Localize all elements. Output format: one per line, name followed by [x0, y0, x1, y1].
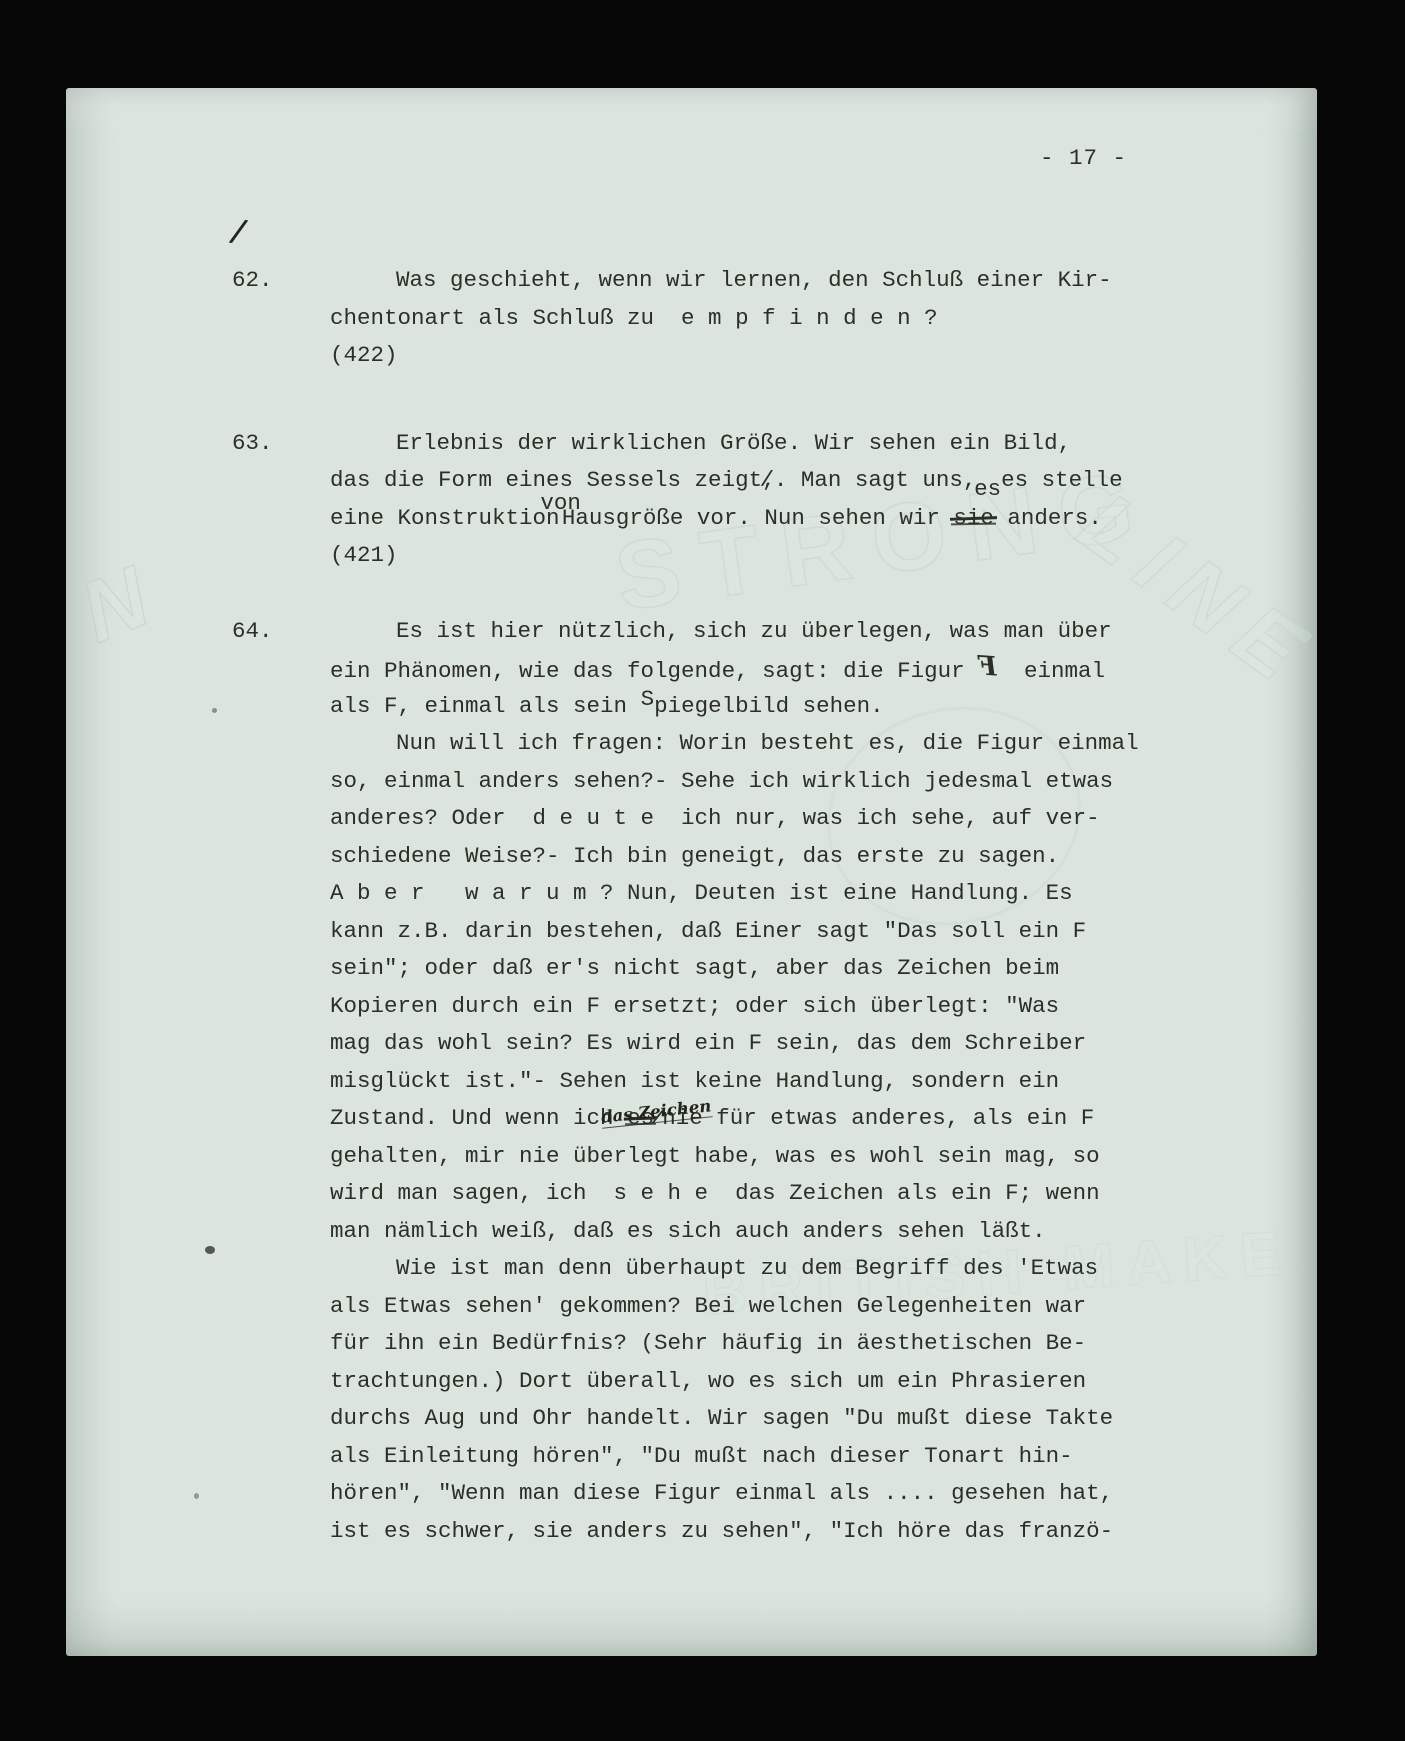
text-segment: schiedene Weise?- Ich bin geneigt, das e…	[330, 843, 1059, 869]
text-line: als F, einmal als sein Spiegelbild sehen…	[330, 688, 1252, 726]
paragraph-number: 63.	[232, 425, 330, 463]
deletion-slash: /	[759, 462, 775, 500]
text-line: ist es schwer, sie anders zu sehen", "Ic…	[330, 1513, 1252, 1551]
text-line: anderes? Oder d e u t e ich nur, was ich…	[330, 800, 1252, 838]
text-line: Nun will ich fragen: Worin besteht es, d…	[330, 725, 1252, 763]
text-segment: A b e r w a r u m ? Nun, Deuten ist eine…	[330, 880, 1073, 906]
text-line: chentonart als Schluß zu e m p f i n d e…	[330, 300, 1252, 338]
text-segment: als Einleitung hören", "Du mußt nach die…	[330, 1443, 1073, 1469]
text-line: das die Form eines Sessels zeigt,/. Man …	[330, 462, 1252, 500]
text-line: ein Phänomen, wie das folgende, sagt: di…	[330, 650, 1252, 688]
typed-above-insertion: von	[540, 485, 581, 523]
text-line: misglückt ist."- Sehen ist keine Handlun…	[330, 1063, 1252, 1101]
text-line: (422)	[330, 337, 1252, 375]
text-segment: (421)	[330, 542, 398, 568]
text-line: sein"; oder daß er's nicht sagt, aber da…	[330, 950, 1252, 988]
text-segment: . Man sagt uns,	[774, 467, 977, 493]
text-line: Was geschieht, wenn wir lernen, den Schl…	[330, 262, 1252, 300]
text-segment: Was geschieht, wenn wir lernen, den Schl…	[396, 267, 1112, 293]
text-segment: hören", "Wenn man diese Figur einmal als…	[330, 1480, 1113, 1506]
text-segment: Nun will ich fragen: Worin besteht es, d…	[396, 730, 1139, 756]
text-segment: trachtungen.) Dort überall, wo es sich u…	[330, 1368, 1086, 1394]
ink-speck	[205, 1246, 215, 1254]
text-segment: (422)	[330, 342, 398, 368]
text-segment: Wie ist man denn überhaupt zu dem Begrif…	[396, 1255, 1098, 1281]
text-line: so, einmal anders sehen?- Sehe ich wirkl…	[330, 763, 1252, 801]
text-line: A b e r w a r u m ? Nun, Deuten ist eine…	[330, 875, 1252, 913]
text-segment: anders.	[994, 505, 1102, 531]
text-segment: als Etwas sehen' gekommen? Bei welchen G…	[330, 1293, 1086, 1319]
mirrored-f-figure: F	[977, 647, 998, 686]
text-segment: eine Konstruktion	[330, 505, 560, 531]
text-segment: Hausgröße vor. Nun sehen wir	[562, 505, 954, 531]
text-line: als Einleitung hören", "Du mußt nach die…	[330, 1438, 1252, 1476]
text-line: Es ist hier nützlich, sich zu überlegen,…	[330, 613, 1252, 651]
text-segment: einmal	[997, 658, 1105, 684]
paragraph-body: Es ist hier nützlich, sich zu überlegen,…	[330, 613, 1252, 1551]
text-segment: misglückt ist."- Sehen ist keine Handlun…	[330, 1068, 1059, 1094]
struck-word: sie	[953, 500, 994, 538]
paragraph-body: Erlebnis der wirklichen Größe. Wir sehen…	[330, 425, 1252, 575]
text-segment: durchs Aug und Ohr handelt. Wir sagen "D…	[330, 1405, 1113, 1431]
text-segment: chentonart als Schluß zu e m p f i n d e…	[330, 305, 938, 331]
text-segment: gehalten, mir nie überlegt habe, was es …	[330, 1143, 1100, 1169]
raised-letter: S	[641, 681, 655, 719]
text-line: für ihn ein Bedürfnis? (Sehr häufig in ä…	[330, 1325, 1252, 1363]
text-segment: Zustand. Und wenn ich	[330, 1105, 627, 1131]
text-line: gehalten, mir nie überlegt habe, was es …	[330, 1138, 1252, 1176]
text-line: eine KonstruktionvonHausgröße vor. Nun s…	[330, 500, 1252, 538]
text-segment: piegelbild sehen.	[654, 693, 884, 719]
text-segment: Kopieren durch ein F ersetzt; oder sich …	[330, 993, 1059, 1019]
paragraph-body: Was geschieht, wenn wir lernen, den Schl…	[330, 262, 1252, 375]
text-line: Kopieren durch ein F ersetzt; oder sich …	[330, 988, 1252, 1026]
text-line: hören", "Wenn man diese Figur einmal als…	[330, 1475, 1252, 1513]
text-segment: man nämlich weiß, daß es sich auch ander…	[330, 1218, 1046, 1244]
text-line: (421)	[330, 537, 1252, 575]
text-segment: für ihn ein Bedürfnis? (Sehr häufig in ä…	[330, 1330, 1086, 1356]
paragraph: 62.Was geschieht, wenn wir lernen, den S…	[232, 262, 1252, 375]
typescript-body: 62.Was geschieht, wenn wir lernen, den S…	[232, 262, 1252, 1550]
text-line: mag das wohl sein? Es wird ein F sein, d…	[330, 1025, 1252, 1063]
text-segment: kann z.B. darin bestehen, daß Einer sagt…	[330, 918, 1086, 944]
text-line: man nämlich weiß, daß es sich auch ander…	[330, 1213, 1252, 1251]
text-segment: sein"; oder daß er's nicht sagt, aber da…	[330, 955, 1059, 981]
text-segment: mag das wohl sein? Es wird ein F sein, d…	[330, 1030, 1086, 1056]
text-line: kann z.B. darin bestehen, daß Einer sagt…	[330, 913, 1252, 951]
paragraph: 64.Es ist hier nützlich, sich zu überleg…	[232, 613, 1252, 1551]
handwritten-check-slash: /	[227, 214, 250, 249]
text-segment: Erlebnis der wirklichen Größe. Wir sehen…	[396, 430, 1071, 456]
paragraph-number: 64.	[232, 613, 330, 651]
text-line: Wie ist man denn überhaupt zu dem Begrif…	[330, 1250, 1252, 1288]
text-line: schiedene Weise?- Ich bin geneigt, das e…	[330, 838, 1252, 876]
ink-speck	[212, 708, 217, 713]
page-number: - 17 -	[1040, 145, 1127, 171]
ink-speck	[194, 1493, 199, 1499]
text-segment: es stelle	[1001, 467, 1123, 493]
text-segment: als F, einmal als sein	[330, 693, 641, 719]
text-line: als Etwas sehen' gekommen? Bei welchen G…	[330, 1288, 1252, 1326]
text-segment: ein Phänomen, wie das folgende, sagt: di…	[330, 658, 978, 684]
text-segment: ist es schwer, sie anders zu sehen", "Ic…	[330, 1518, 1113, 1544]
text-segment: anderes? Oder d e u t e ich nur, was ich…	[330, 805, 1100, 831]
text-segment: so, einmal anders sehen?- Sehe ich wirkl…	[330, 768, 1113, 794]
text-segment: wird man sagen, ich s e h e das Zeichen …	[330, 1180, 1100, 1206]
paragraph: 63.Erlebnis der wirklichen Größe. Wir se…	[232, 425, 1252, 575]
text-line: durchs Aug und Ohr handelt. Wir sagen "D…	[330, 1400, 1252, 1438]
paragraph-number: 62.	[232, 262, 330, 300]
text-segment: nie für etwas anderes, als ein F	[662, 1105, 1094, 1131]
watermark-letter-n: N	[68, 548, 163, 663]
text-segment: Es ist hier nützlich, sich zu überlegen,…	[396, 618, 1112, 644]
text-line: trachtungen.) Dort überall, wo es sich u…	[330, 1363, 1252, 1401]
text-line: Zustand. Und wenn ich esdas Zeichen/nie …	[330, 1100, 1252, 1138]
scan-background: { "page": { "number_label": "- 17 -", "c…	[0, 0, 1405, 1741]
text-line: wird man sagen, ich s e h e das Zeichen …	[330, 1175, 1252, 1213]
scanned-page: STRONG LINE N BRITISH MAKE - 17 - / 62.W…	[66, 88, 1317, 1656]
text-line: Erlebnis der wirklichen Größe. Wir sehen…	[330, 425, 1252, 463]
